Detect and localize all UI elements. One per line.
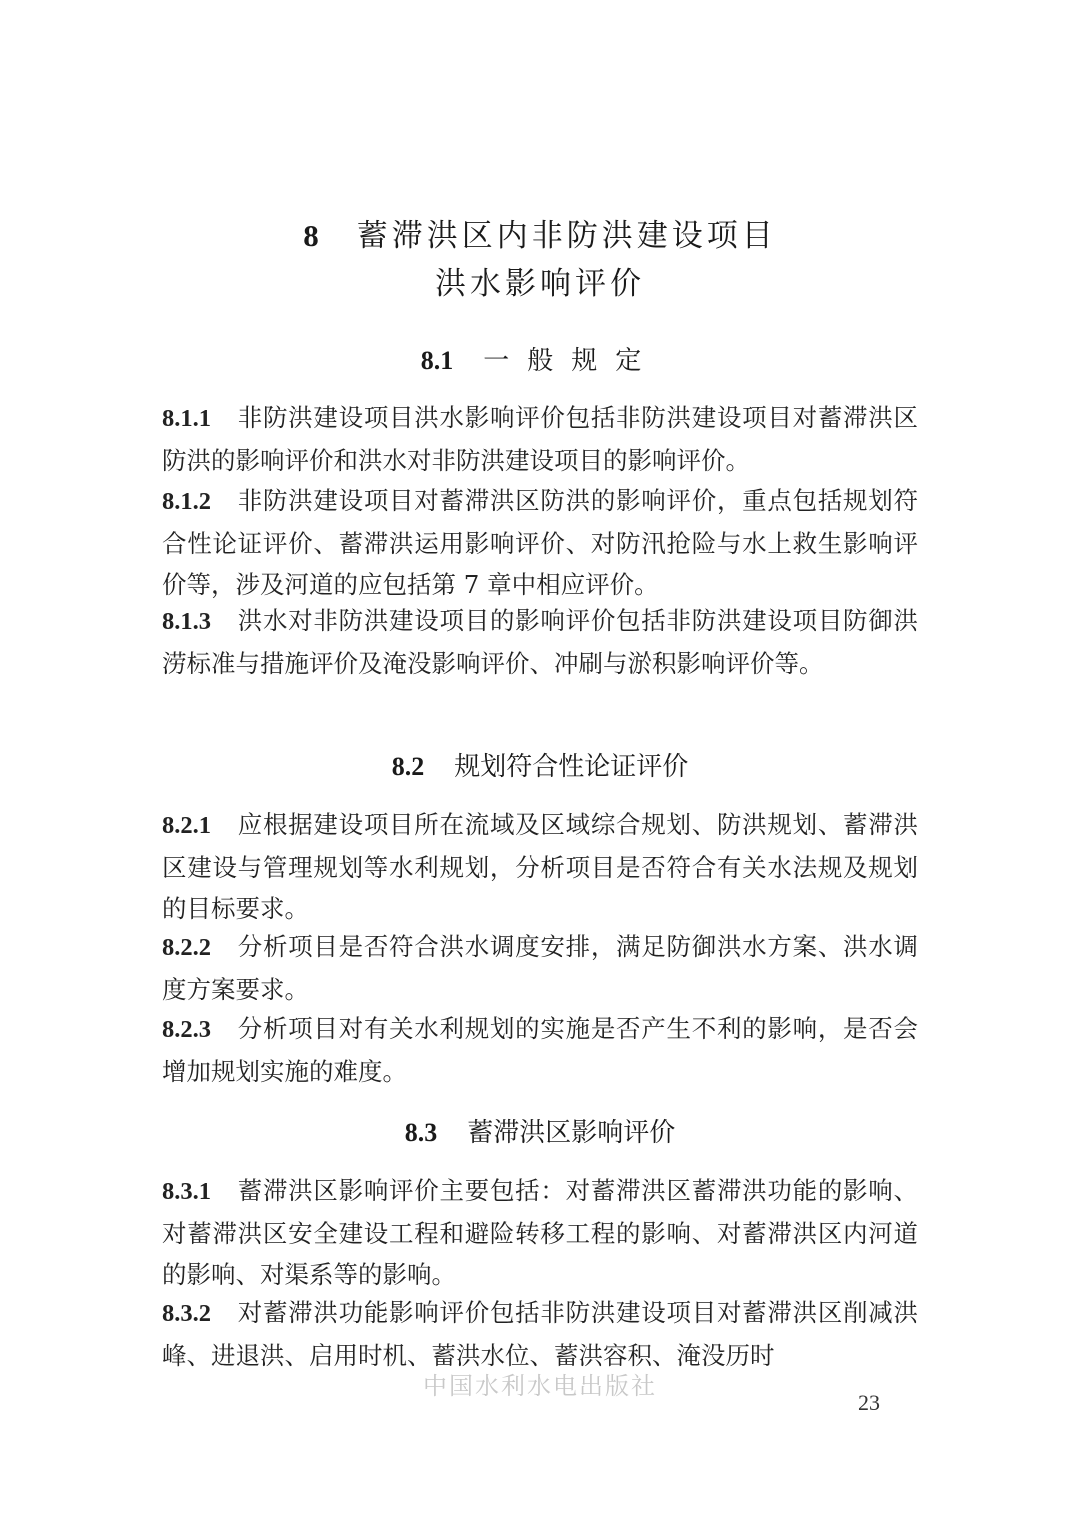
section-number: 8.1: [421, 346, 454, 375]
section-heading-8-2: 8.2规划符合性论证评价: [0, 746, 1080, 783]
clause-text: 对蓄滞洪功能影响评价包括非防洪建设项目对蓄滞洪区削减洪峰、进退洪、启用时机、蓄洪…: [162, 1298, 918, 1370]
clause-text: 洪水对非防洪建设项目的影响评价包括非防洪建设项目防御洪涝标准与措施评价及淹没影响…: [162, 606, 918, 678]
clause-text: 蓄滞洪区影响评价主要包括：对蓄滞洪区蓄滞洪功能的影响、对蓄滞洪区安全建设工程和避…: [162, 1176, 918, 1289]
clause-8-2-3: 8.2.3分析项目对有关水利规划的实施是否产生不利的影响，是否会增加规划实施的难…: [162, 1008, 918, 1092]
chapter-title-line1: 8蓄滞洪区内非防洪建设项目: [0, 210, 1080, 255]
section-title: 规划符合性论证评价: [454, 752, 688, 782]
clause-8-1-2: 8.1.2非防洪建设项目对蓄滞洪区防洪的影响评价，重点包括规划符合性论证评价、蓄…: [162, 480, 918, 606]
section-number: 8.2: [392, 752, 425, 781]
clause-8-3-1: 8.3.1蓄滞洪区影响评价主要包括：对蓄滞洪区蓄滞洪功能的影响、对蓄滞洪区安全建…: [162, 1170, 918, 1296]
section-title: 蓄滞洪区影响评价: [467, 1118, 675, 1148]
clause-number: 8.3.2: [162, 1300, 211, 1327]
clause-8-1-3: 8.1.3洪水对非防洪建设项目的影响评价包括非防洪建设项目防御洪涝标准与措施评价…: [162, 600, 918, 684]
clause-number: 8.2.3: [162, 1016, 211, 1043]
clause-text: 分析项目对有关水利规划的实施是否产生不利的影响，是否会增加规划实施的难度。: [162, 1014, 918, 1086]
clause-number: 8.2.1: [162, 812, 211, 839]
clause-text: 分析项目是否符合洪水调度安排，满足防御洪水方案、洪水调度方案要求。: [162, 932, 918, 1004]
section-heading-8-3: 8.3蓄滞洪区影响评价: [0, 1112, 1080, 1149]
section-title: 一般规定: [483, 346, 659, 376]
section-number: 8.3: [405, 1118, 438, 1147]
clause-number: 8.1.2: [162, 488, 211, 515]
clause-text: 应根据建设项目所在流域及区域综合规划、防洪规划、蓄滞洪区建设与管理规划等水利规划…: [162, 810, 918, 923]
clause-number: 8.1.3: [162, 608, 211, 635]
clause-text: 非防洪建设项目洪水影响评价包括非防洪建设项目对蓄滞洪区防洪的影响评价和洪水对非防…: [162, 403, 918, 475]
chapter-title-line2: 洪水影响评价: [0, 258, 1080, 303]
clause-number: 8.2.2: [162, 934, 211, 961]
chapter-number: 8: [303, 218, 323, 253]
publisher-watermark: 中国水利水电出版社: [0, 1366, 1080, 1401]
chapter-title-text: 蓄滞洪区内非防洪建设项目: [357, 218, 777, 254]
clause-text: 非防洪建设项目对蓄滞洪区防洪的影响评价，重点包括规划符合性论证评价、蓄滞洪运用影…: [162, 486, 918, 599]
page-number: 23: [858, 1390, 880, 1416]
document-page: 8蓄滞洪区内非防洪建设项目 洪水影响评价 8.1一般规定 8.1.1非防洪建设项…: [0, 0, 1080, 1527]
clause-number: 8.1.1: [162, 405, 211, 432]
clause-8-1-1: 8.1.1非防洪建设项目洪水影响评价包括非防洪建设项目对蓄滞洪区防洪的影响评价和…: [162, 397, 918, 481]
section-heading-8-1: 8.1一般规定: [0, 340, 1080, 377]
clause-number: 8.3.1: [162, 1178, 211, 1205]
clause-8-2-2: 8.2.2分析项目是否符合洪水调度安排，满足防御洪水方案、洪水调度方案要求。: [162, 926, 918, 1010]
clause-8-2-1: 8.2.1应根据建设项目所在流域及区域综合规划、防洪规划、蓄滞洪区建设与管理规划…: [162, 804, 918, 930]
clause-8-3-2: 8.3.2对蓄滞洪功能影响评价包括非防洪建设项目对蓄滞洪区削减洪峰、进退洪、启用…: [162, 1292, 918, 1376]
